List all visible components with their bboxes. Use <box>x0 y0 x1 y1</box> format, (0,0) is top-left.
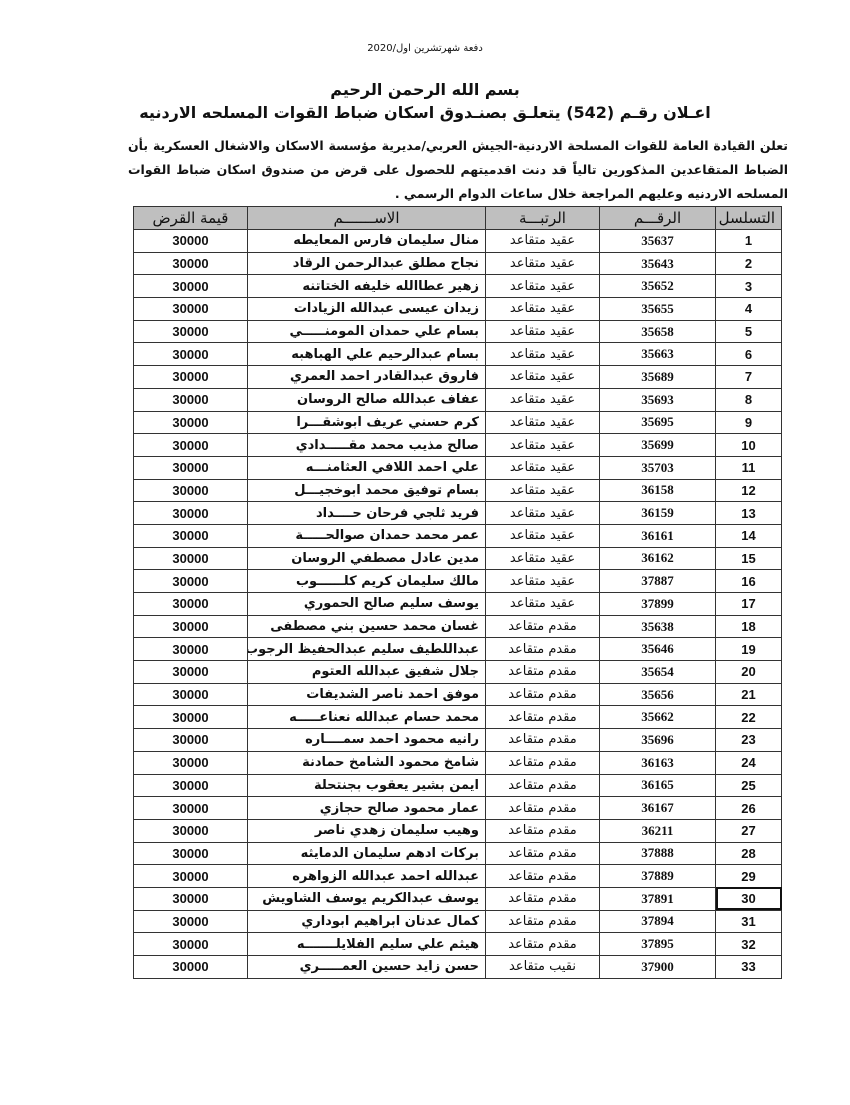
table-row: 2536165مقدم متقاعدايمن بشير يعقوب بجنتحل… <box>134 774 782 797</box>
table-row: 935695عقيد متقاعدكرم حسني عريف ابوشقـــر… <box>134 411 782 434</box>
number-cell: 36158 <box>600 479 716 502</box>
serial-cell: 33 <box>716 956 782 979</box>
name-cell: رانيه محمود احمد سمــــاره <box>248 729 486 752</box>
name-cell: موفق احمد ناصر الشديفات <box>248 683 486 706</box>
table-row: 3037891مقدم متقاعديوسف عبدالكريم يوسف ال… <box>134 887 782 910</box>
amount-cell: 30000 <box>134 570 248 593</box>
serial-cell: 16 <box>716 570 782 593</box>
name-cell: عبداللطيف سليم عبدالحفيظ الرجوب <box>248 638 486 661</box>
table-row: 335652عقيد متقاعدزهير عطاالله خليفه الخت… <box>134 275 782 298</box>
rank-cell: عقيد متقاعد <box>486 456 600 479</box>
number-cell: 36167 <box>600 797 716 820</box>
serial-cell: 14 <box>716 524 782 547</box>
table-row: 2837888مقدم متقاعدبركات ادهم سليمان الدم… <box>134 842 782 865</box>
amount-cell: 30000 <box>134 842 248 865</box>
amount-cell: 30000 <box>134 434 248 457</box>
rank-cell: مقدم متقاعد <box>486 842 600 865</box>
amount-cell: 30000 <box>134 661 248 684</box>
amount-cell: 30000 <box>134 593 248 616</box>
table-header-row: التسلسل الرقـــم الرتبـــة الاســـــــم … <box>134 207 782 230</box>
name-cell: صالح مذيب محمد مقـــــدادي <box>248 434 486 457</box>
amount-cell: 30000 <box>134 819 248 842</box>
name-cell: عمار محمود صالح حجازي <box>248 797 486 820</box>
amount-cell: 30000 <box>134 230 248 253</box>
serial-cell: 28 <box>716 842 782 865</box>
number-cell: 35656 <box>600 683 716 706</box>
table-row: 835693عقيد متقاعدعفاف عبدالله صالح الروس… <box>134 388 782 411</box>
amount-cell: 30000 <box>134 343 248 366</box>
name-cell: علي احمد اللافي العثامنـــه <box>248 456 486 479</box>
name-cell: محمد حسام عبدالله نعناعـــــه <box>248 706 486 729</box>
amount-cell: 30000 <box>134 933 248 956</box>
rank-cell: مقدم متقاعد <box>486 910 600 933</box>
serial-cell: 27 <box>716 819 782 842</box>
name-cell: ايمن بشير يعقوب بجنتحلة <box>248 774 486 797</box>
amount-cell: 30000 <box>134 275 248 298</box>
amount-cell: 30000 <box>134 366 248 389</box>
serial-cell: 3 <box>716 275 782 298</box>
table-body: 135637عقيد متقاعدمنال سليمان فارس المعاي… <box>134 230 782 979</box>
table-row: 1236158عقيد متقاعدبسام توفيق محمد ابوخجي… <box>134 479 782 502</box>
name-cell: يوسف عبدالكريم يوسف الشاويش <box>248 887 486 910</box>
amount-cell: 30000 <box>134 547 248 570</box>
serial-cell: 24 <box>716 751 782 774</box>
table-header: التسلسل الرقـــم الرتبـــة الاســـــــم … <box>134 207 782 230</box>
rank-cell: عقيد متقاعد <box>486 230 600 253</box>
amount-cell: 30000 <box>134 411 248 434</box>
number-cell: 35643 <box>600 252 716 275</box>
name-cell: بسام توفيق محمد ابوخجيـــل <box>248 479 486 502</box>
amount-cell: 30000 <box>134 751 248 774</box>
table-row: 3237895مقدم متقاعدهيثم علي سليم الفلايلـ… <box>134 933 782 956</box>
rank-cell: مقدم متقاعد <box>486 797 600 820</box>
rank-cell: عقيد متقاعد <box>486 434 600 457</box>
name-cell: بركات ادهم سليمان الدمايثه <box>248 842 486 865</box>
name-cell: عفاف عبدالله صالح الروسان <box>248 388 486 411</box>
name-cell: عمر محمد حمدان صوالحـــــة <box>248 524 486 547</box>
number-cell: 36161 <box>600 524 716 547</box>
rank-cell: مقدم متقاعد <box>486 729 600 752</box>
serial-cell: 7 <box>716 366 782 389</box>
serial-cell: 19 <box>716 638 782 661</box>
header-amount: قيمة القرض <box>134 207 248 230</box>
serial-cell: 17 <box>716 593 782 616</box>
amount-cell: 30000 <box>134 638 248 661</box>
amount-cell: 30000 <box>134 887 248 910</box>
table-row: 1436161عقيد متقاعدعمر محمد حمدان صوالحــ… <box>134 524 782 547</box>
table-row: 2736211مقدم متقاعدوهيب سليمان زهدي ناصر3… <box>134 819 782 842</box>
rank-cell: مقدم متقاعد <box>486 661 600 684</box>
serial-cell: 15 <box>716 547 782 570</box>
table-row: 1135703عقيد متقاعدعلي احمد اللافي العثام… <box>134 456 782 479</box>
number-cell: 35699 <box>600 434 716 457</box>
rank-cell: نقيب متقاعد <box>486 956 600 979</box>
rank-cell: مقدم متقاعد <box>486 638 600 661</box>
name-cell: هيثم علي سليم الفلايلـــــــه <box>248 933 486 956</box>
number-cell: 37894 <box>600 910 716 933</box>
amount-cell: 30000 <box>134 502 248 525</box>
number-cell: 36163 <box>600 751 716 774</box>
rank-cell: عقيد متقاعد <box>486 524 600 547</box>
number-cell: 36211 <box>600 819 716 842</box>
amount-cell: 30000 <box>134 320 248 343</box>
announcement-title: اعـلان رقـم (542) يتعلـق بصنـدوق اسكان ض… <box>0 103 850 122</box>
table-row: 135637عقيد متقاعدمنال سليمان فارس المعاي… <box>134 230 782 253</box>
table-row: 2937889مقدم متقاعدعبدالله احمد عبدالله ا… <box>134 865 782 888</box>
number-cell: 35662 <box>600 706 716 729</box>
rank-cell: عقيد متقاعد <box>486 388 600 411</box>
serial-cell: 25 <box>716 774 782 797</box>
number-cell: 35689 <box>600 366 716 389</box>
serial-cell: 21 <box>716 683 782 706</box>
table-row: 435655عقيد متقاعدزيدان عيسى عبدالله الزي… <box>134 298 782 321</box>
table-row: 3137894مقدم متقاعدكمال عدنان ابراهيم ابو… <box>134 910 782 933</box>
table-row: 2636167مقدم متقاعدعمار محمود صالح حجازي3… <box>134 797 782 820</box>
serial-cell: 26 <box>716 797 782 820</box>
name-cell: زيدان عيسى عبدالله الزيادات <box>248 298 486 321</box>
number-cell: 37889 <box>600 865 716 888</box>
number-cell: 35693 <box>600 388 716 411</box>
serial-cell: 8 <box>716 388 782 411</box>
serial-cell: 18 <box>716 615 782 638</box>
rank-cell: عقيد متقاعد <box>486 320 600 343</box>
number-cell: 36162 <box>600 547 716 570</box>
number-cell: 35654 <box>600 661 716 684</box>
amount-cell: 30000 <box>134 797 248 820</box>
name-cell: مدين عادل مصطفي الروسان <box>248 547 486 570</box>
rank-cell: عقيد متقاعد <box>486 366 600 389</box>
amount-cell: 30000 <box>134 865 248 888</box>
number-cell: 35652 <box>600 275 716 298</box>
rank-cell: عقيد متقاعد <box>486 570 600 593</box>
amount-cell: 30000 <box>134 956 248 979</box>
number-cell: 35655 <box>600 298 716 321</box>
amount-cell: 30000 <box>134 729 248 752</box>
table-row: 2436163مقدم متقاعدشامخ محمود الشامخ حماد… <box>134 751 782 774</box>
rank-cell: مقدم متقاعد <box>486 615 600 638</box>
name-cell: بسام علي حمدان المومنـــــي <box>248 320 486 343</box>
number-cell: 37899 <box>600 593 716 616</box>
table-row: 3337900نقيب متقاعدحسن زايد حسين العمــــ… <box>134 956 782 979</box>
rank-cell: عقيد متقاعد <box>486 343 600 366</box>
number-cell: 35638 <box>600 615 716 638</box>
rank-cell: مقدم متقاعد <box>486 683 600 706</box>
table-row: 635663عقيد متقاعدبسام عبدالرحيم علي الهب… <box>134 343 782 366</box>
name-cell: فريد ثلجي فرحان حــــداد <box>248 502 486 525</box>
name-cell: حسن زايد حسين العمـــــري <box>248 956 486 979</box>
serial-cell: 12 <box>716 479 782 502</box>
serial-cell: 29 <box>716 865 782 888</box>
name-cell: زهير عطاالله خليفه الختاتنه <box>248 275 486 298</box>
name-cell: يوسف سليم صالح الحموري <box>248 593 486 616</box>
amount-cell: 30000 <box>134 615 248 638</box>
serial-cell: 10 <box>716 434 782 457</box>
name-cell: عبدالله احمد عبدالله الزواهره <box>248 865 486 888</box>
serial-cell: 5 <box>716 320 782 343</box>
rank-cell: عقيد متقاعد <box>486 547 600 570</box>
table-row: 2135656مقدم متقاعدموفق احمد ناصر الشديفا… <box>134 683 782 706</box>
header-name: الاســـــــم <box>248 207 486 230</box>
name-cell: منال سليمان فارس المعايطه <box>248 230 486 253</box>
number-cell: 37891 <box>600 887 716 910</box>
amount-cell: 30000 <box>134 388 248 411</box>
announcement-intro: تعلن القيادة العامة للقوات المسلحة الارد… <box>128 134 788 206</box>
number-cell: 35663 <box>600 343 716 366</box>
serial-cell: 1 <box>716 230 782 253</box>
name-cell: بسام عبدالرحيم علي الهباهبه <box>248 343 486 366</box>
header-serial: التسلسل <box>716 207 782 230</box>
amount-cell: 30000 <box>134 479 248 502</box>
table-row: 1035699عقيد متقاعدصالح مذيب محمد مقـــــ… <box>134 434 782 457</box>
serial-cell: 31 <box>716 910 782 933</box>
rank-cell: عقيد متقاعد <box>486 479 600 502</box>
number-cell: 35646 <box>600 638 716 661</box>
name-cell: وهيب سليمان زهدي ناصر <box>248 819 486 842</box>
number-cell: 37895 <box>600 933 716 956</box>
serial-cell: 9 <box>716 411 782 434</box>
number-cell: 35695 <box>600 411 716 434</box>
serial-cell: 20 <box>716 661 782 684</box>
serial-cell: 23 <box>716 729 782 752</box>
table-row: 2335696مقدم متقاعدرانيه محمود احمد سمـــ… <box>134 729 782 752</box>
table-row: 2235662مقدم متقاعدمحمد حسام عبدالله نعنا… <box>134 706 782 729</box>
table-row: 1835638مقدم متقاعدغسان محمد حسين بني مصط… <box>134 615 782 638</box>
amount-cell: 30000 <box>134 910 248 933</box>
serial-cell: 13 <box>716 502 782 525</box>
table-row: 535658عقيد متقاعدبسام علي حمدان المومنــ… <box>134 320 782 343</box>
serial-cell: 6 <box>716 343 782 366</box>
rank-cell: مقدم متقاعد <box>486 865 600 888</box>
name-cell: مالك سليمان كريم كلــــــوب <box>248 570 486 593</box>
number-cell: 37888 <box>600 842 716 865</box>
name-cell: جلال شفيق عبدالله العتوم <box>248 661 486 684</box>
rank-cell: مقدم متقاعد <box>486 819 600 842</box>
rank-cell: مقدم متقاعد <box>486 887 600 910</box>
batch-label: دفعة شهرتشرين اول/2020 <box>0 43 850 54</box>
rank-cell: مقدم متقاعد <box>486 751 600 774</box>
header-number: الرقـــم <box>600 207 716 230</box>
table-row: 1336159عقيد متقاعدفريد ثلجي فرحان حــــد… <box>134 502 782 525</box>
table-row: 2035654مقدم متقاعدجلال شفيق عبدالله العت… <box>134 661 782 684</box>
amount-cell: 30000 <box>134 706 248 729</box>
number-cell: 35658 <box>600 320 716 343</box>
amount-cell: 30000 <box>134 774 248 797</box>
number-cell: 35637 <box>600 230 716 253</box>
name-cell: كمال عدنان ابراهيم ابوداري <box>248 910 486 933</box>
rank-cell: عقيد متقاعد <box>486 275 600 298</box>
serial-cell: 32 <box>716 933 782 956</box>
loan-recipients-table: التسلسل الرقـــم الرتبـــة الاســـــــم … <box>133 206 782 979</box>
name-cell: فاروق عبدالقادر احمد العمري <box>248 366 486 389</box>
rank-cell: عقيد متقاعد <box>486 252 600 275</box>
basmala-heading: بسم الله الرحمن الرحيم <box>0 80 850 99</box>
serial-cell: 11 <box>716 456 782 479</box>
number-cell: 36165 <box>600 774 716 797</box>
rank-cell: مقدم متقاعد <box>486 774 600 797</box>
header-rank: الرتبـــة <box>486 207 600 230</box>
name-cell: كرم حسني عريف ابوشقـــرا <box>248 411 486 434</box>
name-cell: غسان محمد حسين بني مصطفى <box>248 615 486 638</box>
name-cell: شامخ محمود الشامخ حمادنة <box>248 751 486 774</box>
rank-cell: مقدم متقاعد <box>486 933 600 956</box>
table-row: 1737899عقيد متقاعديوسف سليم صالح الحموري… <box>134 593 782 616</box>
rank-cell: عقيد متقاعد <box>486 298 600 321</box>
rank-cell: عقيد متقاعد <box>486 502 600 525</box>
table-row: 1935646مقدم متقاعدعبداللطيف سليم عبدالحف… <box>134 638 782 661</box>
name-cell: نجاح مطلق عبدالرحمن الرقاد <box>248 252 486 275</box>
rank-cell: مقدم متقاعد <box>486 706 600 729</box>
amount-cell: 30000 <box>134 298 248 321</box>
number-cell: 37900 <box>600 956 716 979</box>
serial-cell: 4 <box>716 298 782 321</box>
amount-cell: 30000 <box>134 683 248 706</box>
amount-cell: 30000 <box>134 524 248 547</box>
serial-cell: 30 <box>716 887 782 910</box>
amount-cell: 30000 <box>134 456 248 479</box>
table-row: 1536162عقيد متقاعدمدين عادل مصطفي الروسا… <box>134 547 782 570</box>
number-cell: 35703 <box>600 456 716 479</box>
serial-cell: 22 <box>716 706 782 729</box>
number-cell: 37887 <box>600 570 716 593</box>
number-cell: 36159 <box>600 502 716 525</box>
serial-cell: 2 <box>716 252 782 275</box>
table-row: 735689عقيد متقاعدفاروق عبدالقادر احمد ال… <box>134 366 782 389</box>
number-cell: 35696 <box>600 729 716 752</box>
rank-cell: عقيد متقاعد <box>486 411 600 434</box>
table-row: 1637887عقيد متقاعدمالك سليمان كريم كلـــ… <box>134 570 782 593</box>
amount-cell: 30000 <box>134 252 248 275</box>
rank-cell: عقيد متقاعد <box>486 593 600 616</box>
table-row: 235643عقيد متقاعدنجاح مطلق عبدالرحمن الر… <box>134 252 782 275</box>
